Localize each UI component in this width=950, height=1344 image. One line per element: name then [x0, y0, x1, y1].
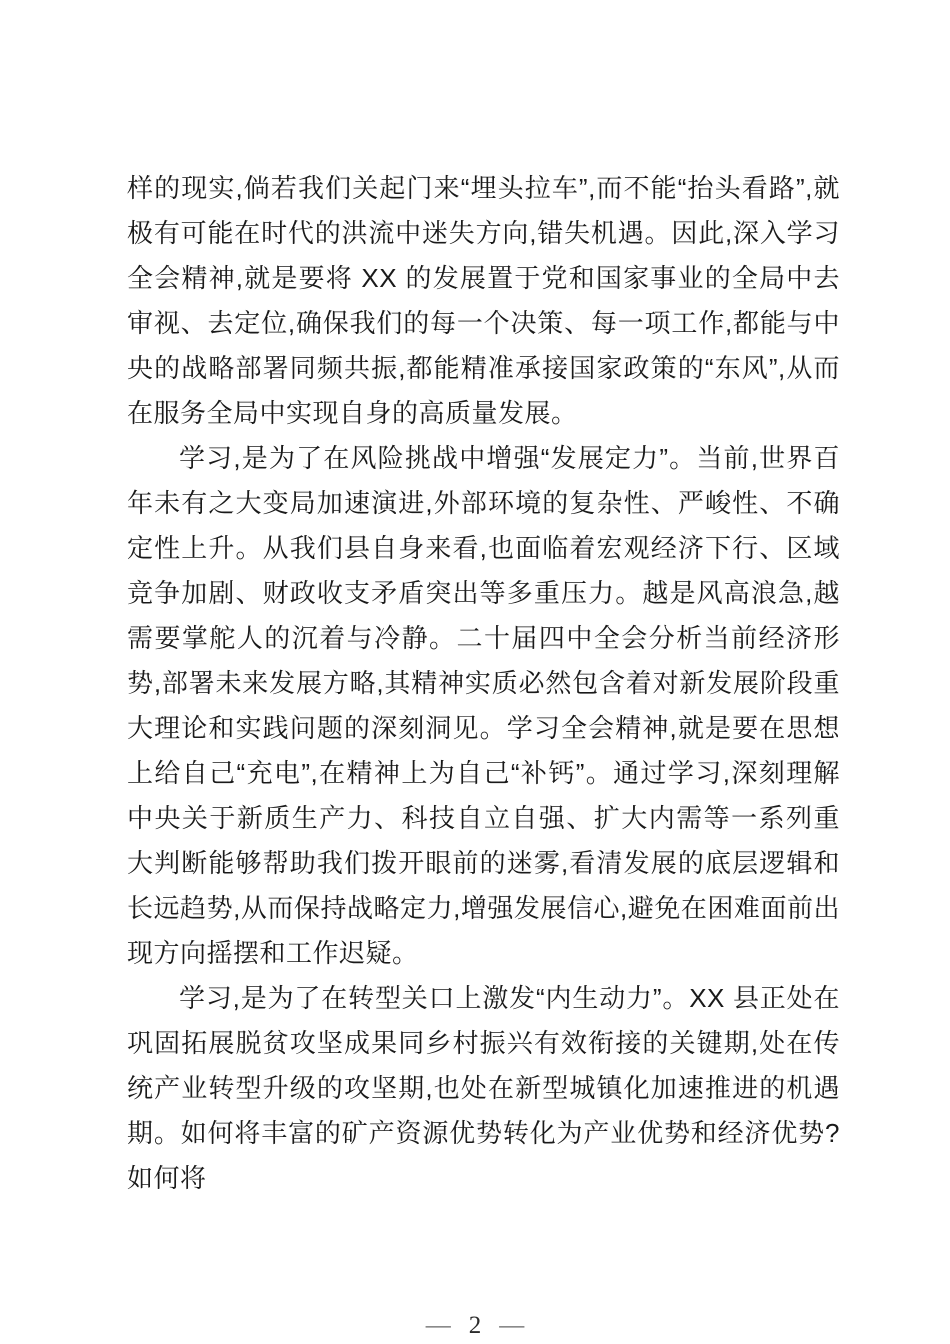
document-page: 样的现实,倘若我们关起门来“埋头拉车”,而不能“抬头看路”,就极有可能在时代的洪…	[0, 0, 950, 1344]
footer-left-dash: —	[426, 1312, 451, 1339]
footer-right-dash: —	[499, 1312, 524, 1339]
page-footer: —2—	[0, 1312, 950, 1340]
page-number: 2	[469, 1312, 482, 1339]
document-body: 样的现实,倘若我们关起门来“埋头拉车”,而不能“抬头看路”,就极有可能在时代的洪…	[127, 166, 840, 1201]
paragraph-internal-motivation: 学习,是为了在转型关口上激发“内生动力”。XX 县正处在巩固拓展脱贫攻坚成果同乡…	[127, 976, 840, 1201]
paragraph-development-resolve: 学习,是为了在风险挑战中增强“发展定力”。当前,世界百年未有之大变局加速演进,外…	[127, 436, 840, 976]
paragraph-continuation: 样的现实,倘若我们关起门来“埋头拉车”,而不能“抬头看路”,就极有可能在时代的洪…	[127, 166, 840, 436]
